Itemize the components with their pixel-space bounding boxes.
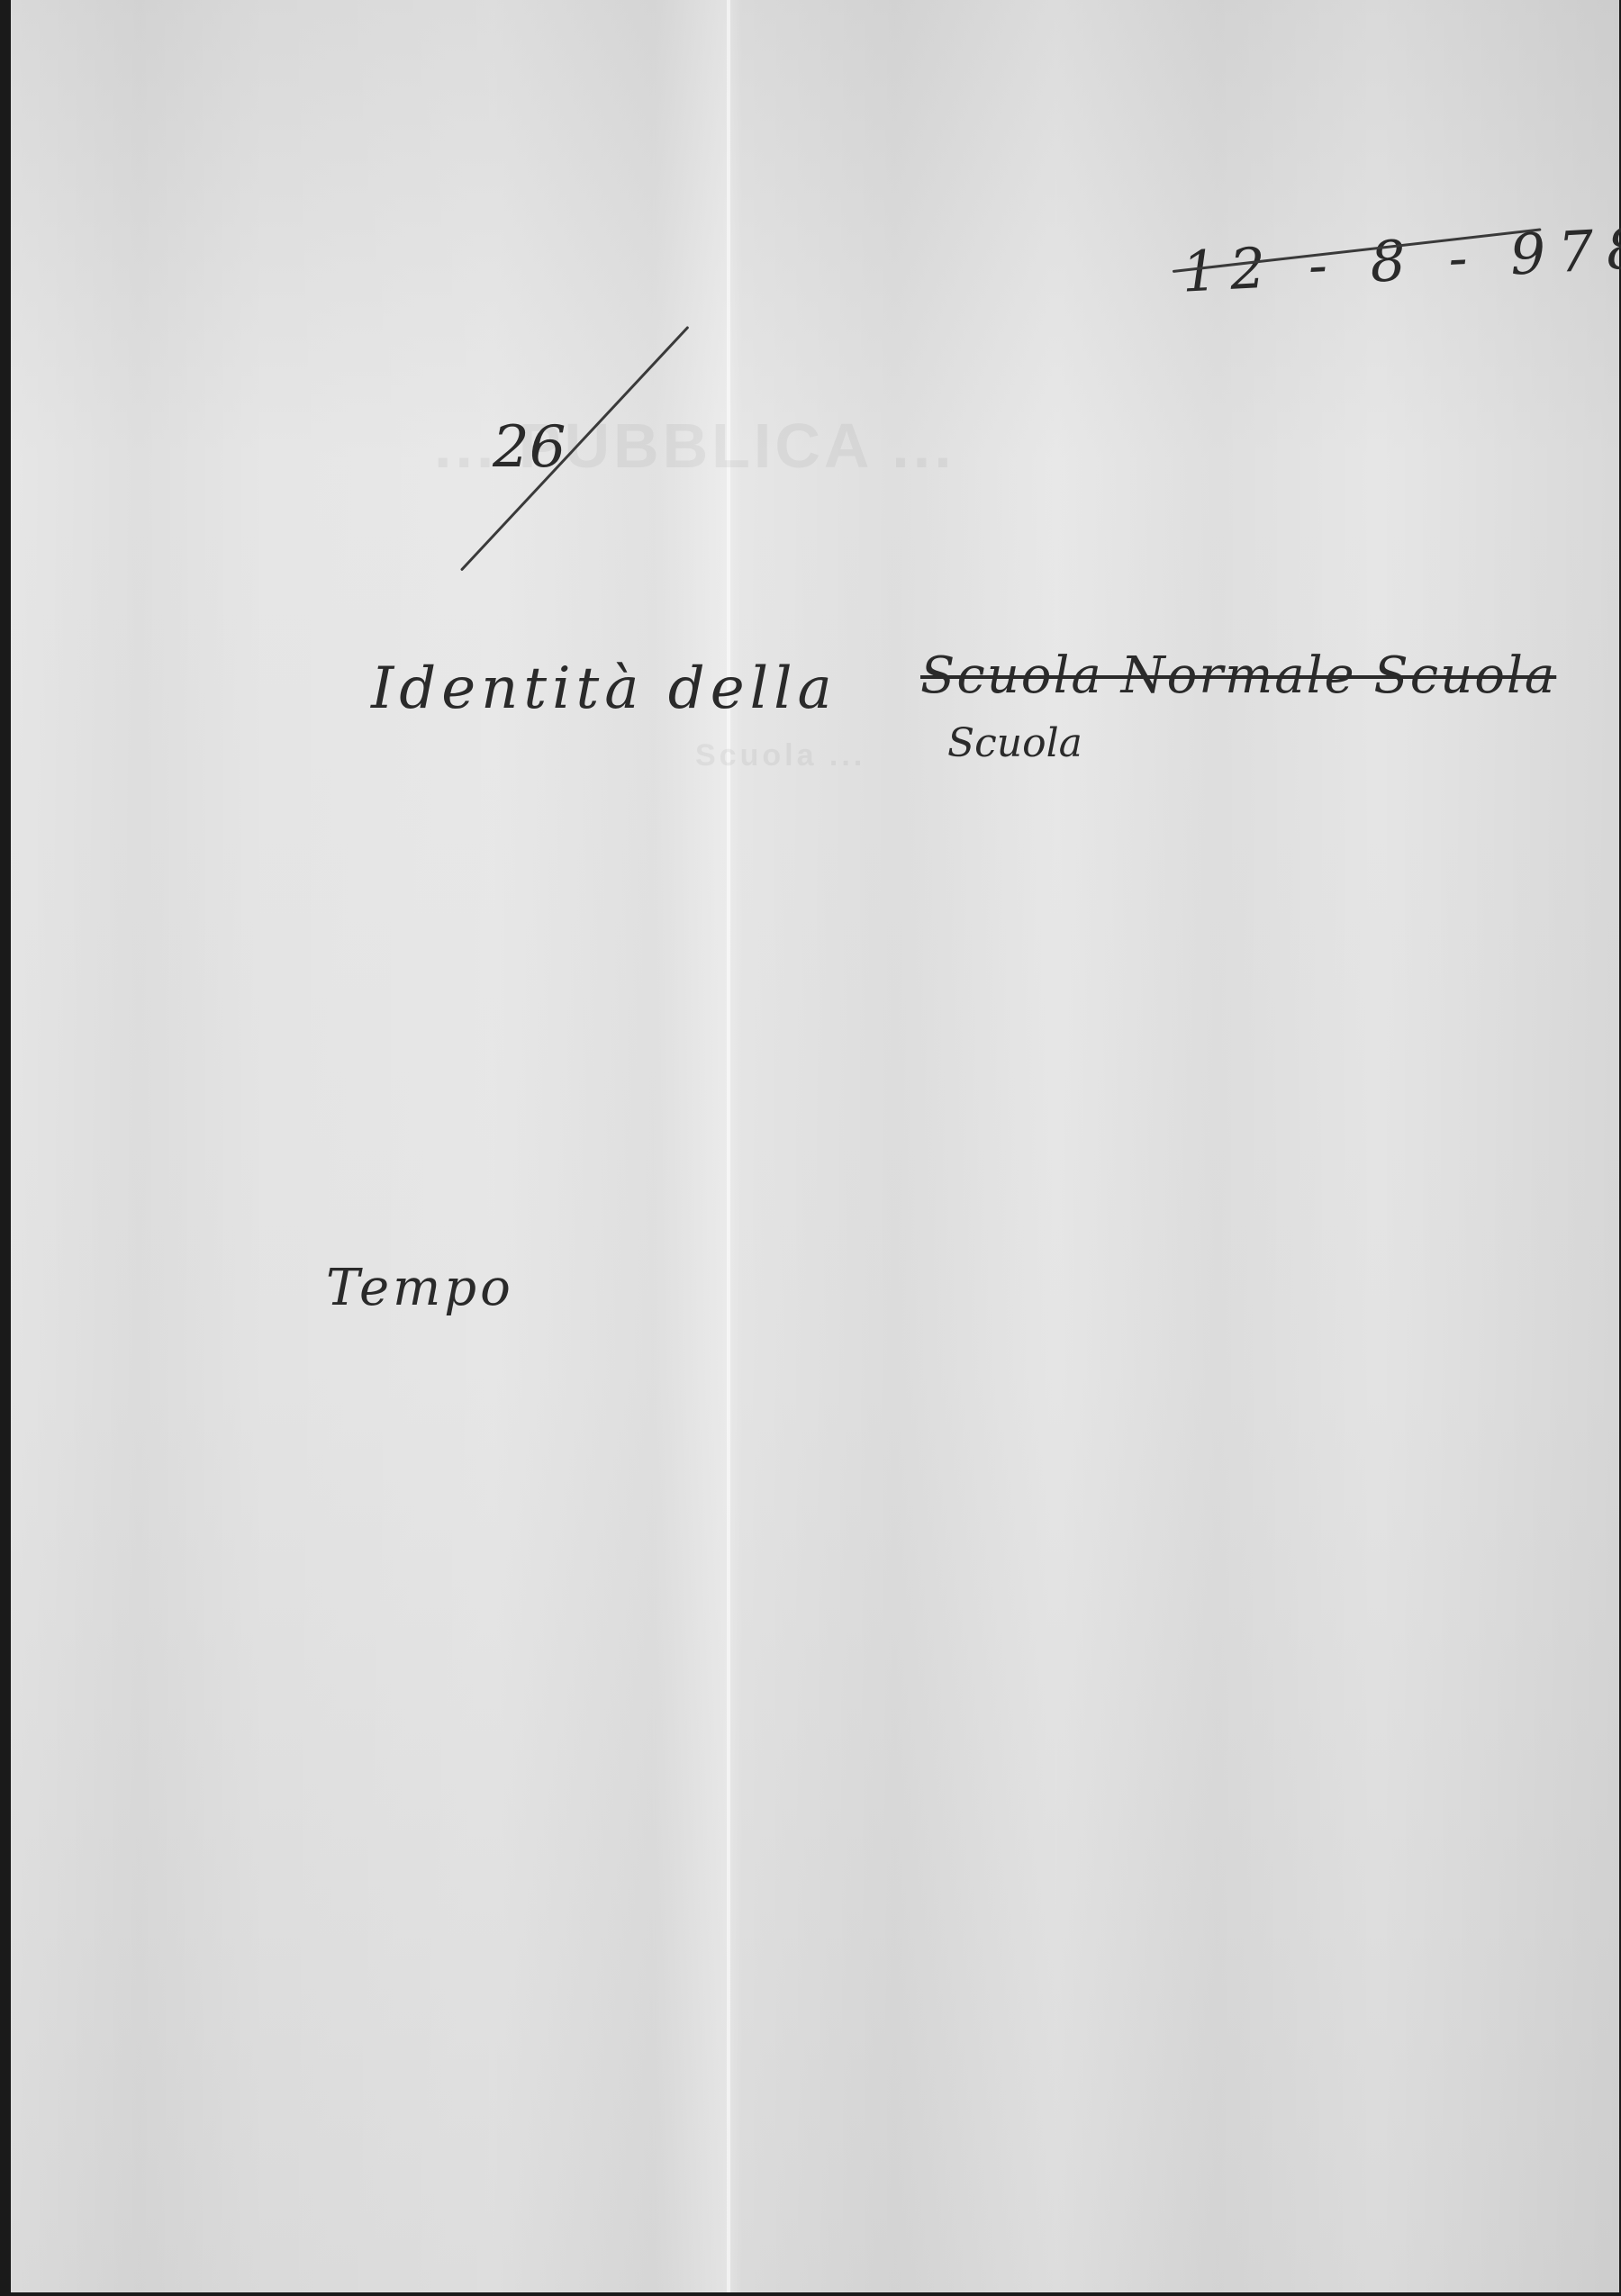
document-page: ... PUBBLICA ... Scuola ... 12 - 8 - 978… [11,0,1619,2292]
title-prefix: Identità della [371,655,838,722]
struck-through-text: Scuola Normale Scuola [920,646,1556,705]
title-correction: Scuola [947,720,1082,766]
handwritten-date: 12 - 8 - 978 [1180,214,1621,304]
bleed-through-subtext: Scuola ... [695,738,865,773]
section-label-tempo: Tempo [326,1259,514,1317]
paper-fold-line [727,0,730,2292]
